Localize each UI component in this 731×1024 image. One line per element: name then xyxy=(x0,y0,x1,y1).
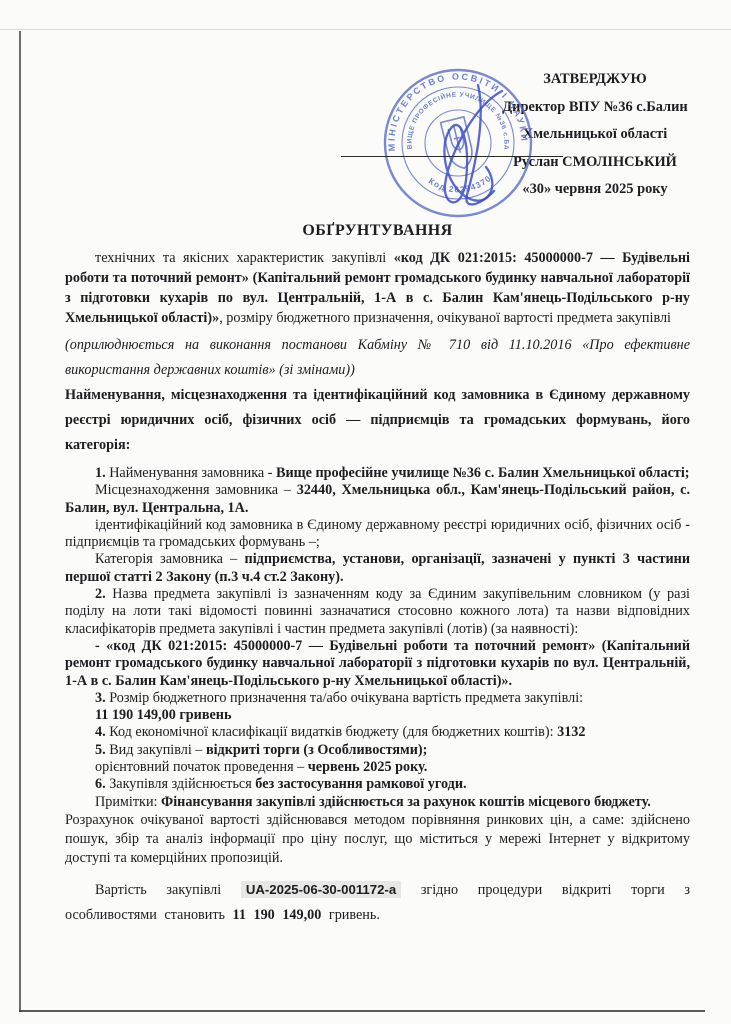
document-body: технічних та якісних характеристик закуп… xyxy=(65,248,690,928)
text-run: Найменування, місцезнаходження та іденти… xyxy=(65,387,690,453)
text-run: Категорія замовника – xyxy=(95,551,245,567)
text-run: 6. xyxy=(95,776,106,792)
text-run: 5. xyxy=(95,742,106,758)
paragraph-14: орієнтовний початок проведення – червень… xyxy=(65,759,690,776)
document-header: ЗАТВЕРДЖУЮ Директор ВПУ №36 с.Балин Хмел… xyxy=(65,0,690,222)
text-run: (оприлюднюється на виконання постанови К… xyxy=(65,337,690,378)
paragraph-3: Найменування, місцезнаходження та іденти… xyxy=(65,383,690,458)
paragraph-6: ідентифікаційний код замовника в Єдиному… xyxy=(65,517,690,552)
text-run: 1. xyxy=(95,465,106,481)
paragraph-5: Місцезнаходження замовника – 32440, Хмел… xyxy=(65,482,690,517)
paragraph-11: 11 190 149,00 гривень xyxy=(65,707,690,724)
paragraph-15: 6. Закупівля здійснюється без застосуван… xyxy=(65,776,690,793)
text-run: Найменування замовника - xyxy=(106,465,276,481)
document-title: ОБҐРУНТУВАННЯ xyxy=(65,222,690,240)
text-run: технічних та якісних характеристик закуп… xyxy=(95,250,394,266)
text-run: ідентифікаційний код замовника в Єдиному… xyxy=(65,517,690,550)
text-run: 2. xyxy=(95,586,106,602)
paragraph-16: Примітки: Фінансування закупівлі здійсню… xyxy=(65,794,690,811)
text-run: - «код ДК 021:2015: 45000000-7 — Будівел… xyxy=(65,638,690,689)
paragraph-18: Вартість закупівлі UA-2025-06-30-001172-… xyxy=(65,877,690,928)
text-run: UA-2025-06-30-001172-a xyxy=(241,881,401,898)
text-run: відкриті торги (з Особливостями); xyxy=(206,742,427,758)
text-run: , розміру бюджетного призначення, очікув… xyxy=(219,310,671,326)
text-run: Вартість закупівлі xyxy=(95,882,241,898)
text-run: гривень. xyxy=(321,907,380,923)
text-run: без застосування рамкової угоди. xyxy=(255,776,466,792)
text-run: Назва предмета закупівлі із зазначенням … xyxy=(65,586,690,637)
paragraph-4: 1. Найменування замовника - Вище професі… xyxy=(65,465,690,482)
paragraph-12: 4. Код економічної класифікації видатків… xyxy=(65,724,690,741)
paragraph-10: 3. Розмір бюджетного призначення та/або … xyxy=(65,690,690,707)
scan-edge-bottom xyxy=(19,1010,705,1012)
document-content: ЗАТВЕРДЖУЮ Директор ВПУ №36 с.Балин Хмел… xyxy=(65,0,690,928)
text-run: Місцезнаходження замовника – xyxy=(95,482,297,498)
text-run: Розмір бюджетного призначення та/або очі… xyxy=(106,690,583,706)
scanned-document-page: ЗАТВЕРДЖУЮ Директор ВПУ №36 с.Балин Хмел… xyxy=(0,0,731,1024)
text-run: 4. xyxy=(95,724,106,740)
signature-line xyxy=(341,156,563,157)
text-run: Вид закупівлі – xyxy=(106,742,206,758)
paragraph-2: (оприлюднюється на виконання постанови К… xyxy=(65,333,690,383)
text-run: 3132 xyxy=(557,724,585,740)
text-run: червень 2025 року. xyxy=(308,759,427,775)
text-run: 3. xyxy=(95,690,106,706)
paragraph-13: 5. Вид закупівлі – відкриті торги (з Осо… xyxy=(65,742,690,759)
text-run: Код економічної класифікації видатків бю… xyxy=(106,724,557,740)
scan-edge-left xyxy=(19,31,21,1012)
text-run: Вище професійне училище №36 с. Балин Хме… xyxy=(276,465,689,481)
paragraph-17: Розрахунок очікуваної вартості здійснюва… xyxy=(65,811,690,868)
paragraph-7: Категорія замовника – підприємства, уста… xyxy=(65,551,690,586)
paragraph-8: 2. Назва предмета закупівлі із зазначенн… xyxy=(65,586,690,638)
paragraph-1: технічних та якісних характеристик закуп… xyxy=(65,248,690,328)
text-run: Фінансування закупівлі здійснюється за р… xyxy=(161,794,651,810)
official-stamp: МІНІСТЕРСТВО ОСВІТИ І НАУКИ УКРАЇНИ ВИЩЕ… xyxy=(377,62,539,224)
text-run: Розрахунок очікуваної вартості здійснюва… xyxy=(65,812,690,866)
text-run: Закупівля здійснюється xyxy=(106,776,256,792)
text-run: 11 190 149,00 гривень xyxy=(95,707,232,723)
text-run: Примітки: xyxy=(95,794,161,810)
text-run: 11 190 149,00 xyxy=(233,907,322,923)
paragraph-9: - «код ДК 021:2015: 45000000-7 — Будівел… xyxy=(65,638,690,690)
text-run: орієнтовний початок проведення – xyxy=(95,759,308,775)
